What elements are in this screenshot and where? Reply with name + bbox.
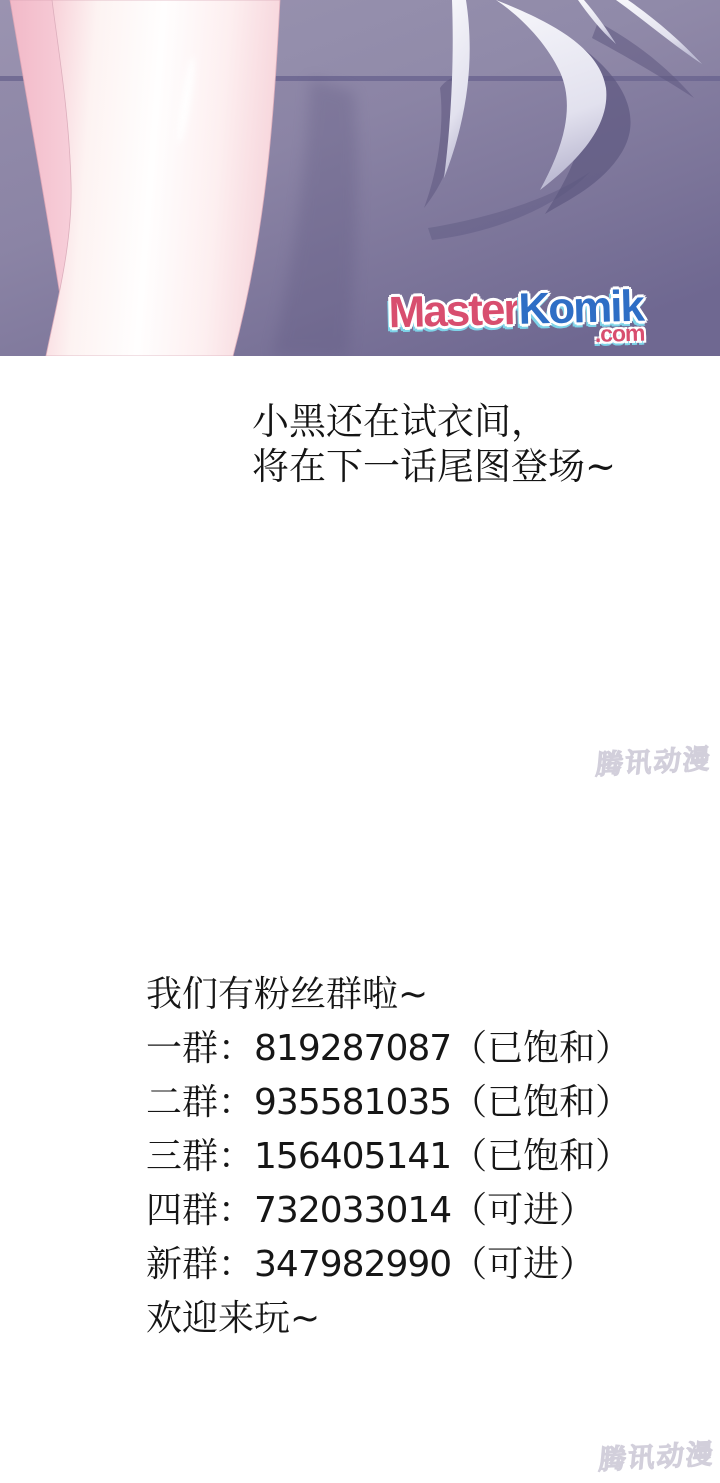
announcement-line-2: 将在下一话尾图登场~: [252, 444, 616, 489]
fan-groups-title: 我们有粉丝群啦~: [146, 968, 631, 1022]
fan-group-status: （已饱和）: [451, 1082, 631, 1123]
fan-group-label: 三群: [146, 1136, 218, 1177]
fan-group-number: 819287087: [254, 1028, 451, 1069]
fan-group-separator: ：: [218, 1082, 254, 1123]
fan-group-separator: ：: [218, 1028, 254, 1069]
comic-page: MasterKomik .com 小黑还在试衣间， 将在下一话尾图登场~ 腾讯动…: [0, 0, 720, 1483]
fan-group-separator: ：: [218, 1190, 254, 1231]
masterkomik-logo: MasterKomik .com: [375, 284, 656, 351]
fan-group-label: 二群: [146, 1082, 218, 1123]
tencent-watermark-bottom: 腾讯动漫: [597, 1432, 716, 1477]
fan-group-row: 二群：935581035（已饱和）: [146, 1076, 631, 1130]
fan-group-row: 新群：347982990（可进）: [146, 1238, 631, 1292]
fan-group-label: 四群: [146, 1190, 218, 1231]
fan-group-separator: ：: [218, 1136, 254, 1177]
artwork-panel: MasterKomik .com: [0, 0, 720, 356]
fan-group-number: 347982990: [254, 1244, 451, 1285]
front-leg: [46, 0, 280, 356]
announcement-line-1: 小黑还在试衣间，: [252, 399, 616, 444]
fan-group-number: 732033014: [254, 1190, 451, 1231]
fan-group-status: （可进）: [451, 1244, 595, 1285]
fan-group-row: 四群：732033014（可进）: [146, 1184, 631, 1238]
fan-group-status: （已饱和）: [451, 1136, 631, 1177]
fan-groups-block: 我们有粉丝群啦~ 一群：819287087（已饱和） 二群：935581035（…: [146, 968, 631, 1346]
logo-master-text: Master: [388, 285, 519, 337]
fan-group-status: （可进）: [451, 1190, 595, 1231]
announcement-text: 小黑还在试衣间， 将在下一话尾图登场~: [252, 399, 616, 489]
fan-group-status: （已饱和）: [451, 1028, 631, 1069]
fan-group-label: 一群: [146, 1028, 218, 1069]
fan-group-number: 156405141: [254, 1136, 451, 1177]
fan-groups-closing: 欢迎来玩~: [146, 1292, 631, 1346]
fan-group-label: 新群: [146, 1244, 218, 1285]
fan-group-row: 一群：819287087（已饱和）: [146, 1022, 631, 1076]
fan-group-separator: ：: [218, 1244, 254, 1285]
fan-group-number: 935581035: [254, 1082, 451, 1123]
fan-group-row: 三群：156405141（已饱和）: [146, 1130, 631, 1184]
tencent-watermark-top: 腾讯动漫: [594, 737, 713, 782]
